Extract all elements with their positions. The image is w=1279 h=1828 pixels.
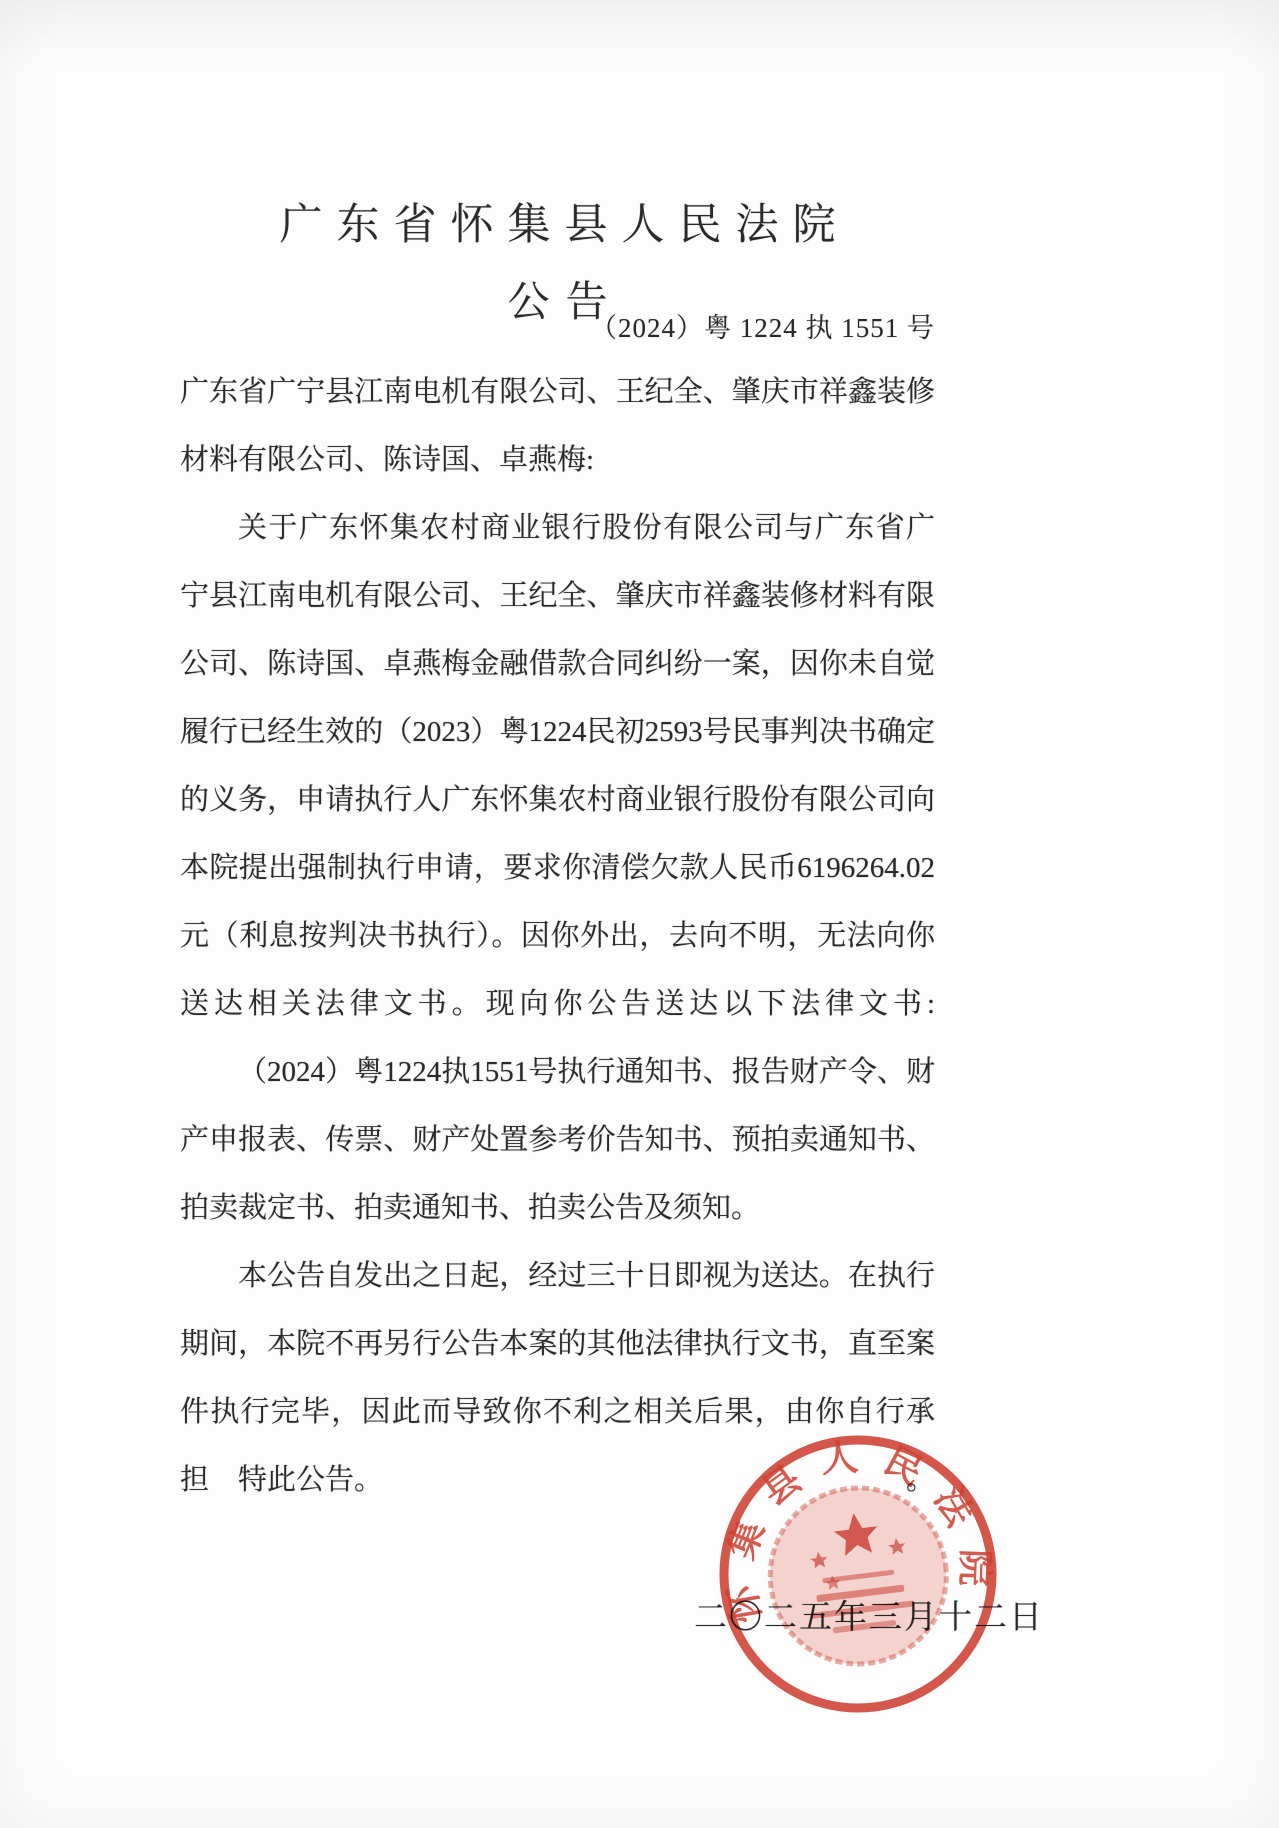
- emblem-small-star: [809, 1551, 828, 1569]
- body-line: （2024）粤1224执1551号执行通知书、报告财产令、财: [180, 1038, 935, 1106]
- body-line: 拍卖裁定书、拍卖通知书、拍卖公告及须知。: [180, 1174, 935, 1242]
- body-line: 件执行完毕，因此而导致你不利之相关后果，由你自行承担。: [180, 1378, 935, 1446]
- announcement-body: 广东省广宁县江南电机有限公司、王纪全、肇庆市祥鑫装修 材料有限公司、陈诗国、卓燕…: [180, 358, 935, 1514]
- body-line: 的义务，申请执行人广东怀集农村商业银行股份有限公司向: [180, 766, 935, 834]
- emblem-gate-roof: [822, 1570, 894, 1584]
- emblem-small-star: [824, 1574, 841, 1590]
- body-line: 产申报表、传票、财产处置参考价告知书、预拍卖通知书、: [180, 1106, 935, 1174]
- body-line: 本院提出强制执行申请，要求你清偿欠款人民币6196264.02: [180, 834, 935, 902]
- body-line: 广东省广宁县江南电机有限公司、王纪全、肇庆市祥鑫装修: [180, 358, 935, 426]
- body-line: 送达相关法律文书。现向你公告送达以下法律文书:: [180, 970, 935, 1038]
- body-line: 期间，本院不再另行公告本案的其他法律执行文书，直至案: [180, 1310, 935, 1378]
- case-number: （2024）粤 1224 执 1551 号: [180, 306, 935, 345]
- court-announcement-document: 广东省怀集县人民法院 公告 （2024）粤 1224 执 1551 号 广东省广…: [0, 0, 1279, 1828]
- body-line: 本公告自发出之日起，经过三十日即视为送达。在执行: [180, 1242, 935, 1310]
- emblem-big-star: [832, 1510, 880, 1557]
- issue-date: 二〇二五年三月十二日: [694, 1598, 1044, 1638]
- body-line: 履行已经生效的（2023）粤1224民初2593号民事判决书确定: [180, 698, 935, 766]
- emblem-small-star: [887, 1537, 906, 1555]
- body-line: 宁县江南电机有限公司、王纪全、肇庆市祥鑫装修材料有限: [180, 562, 935, 630]
- body-line: 材料有限公司、陈诗国、卓燕梅:: [180, 426, 935, 494]
- court-title: 广东省怀集县人民法院: [180, 191, 935, 252]
- body-line: 关于广东怀集农村商业银行股份有限公司与广东省广: [180, 494, 935, 562]
- body-line: 元（利息按判决书执行）。因你外出，去向不明，无法向你: [180, 902, 935, 970]
- body-line: 公司、陈诗国、卓燕梅金融借款合同纠纷一案，因你未自觉: [180, 630, 935, 698]
